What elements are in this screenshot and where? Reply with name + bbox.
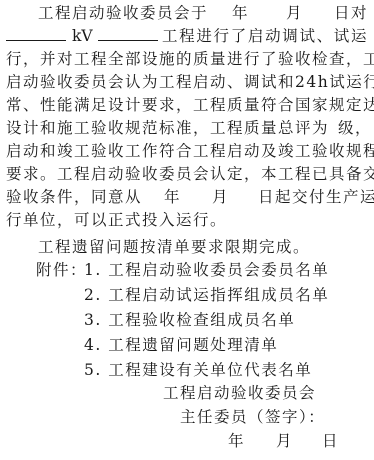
attachment-item: 3. 工程验收检查组成员名单 bbox=[84, 309, 368, 332]
date-year-label: 年 bbox=[232, 2, 249, 25]
text: 工程启动验收委员会于 bbox=[38, 4, 208, 22]
committee-name: 工程启动验收委员会 bbox=[163, 382, 368, 405]
attachment-item: 2. 工程启动试运指挥组成员名单 bbox=[84, 284, 368, 307]
attachment-item: 1. 工程启动验收委员会委员名单 bbox=[84, 259, 368, 282]
start-month-label: 月 bbox=[212, 186, 229, 209]
para1-line3: 行，并对工程全部设施的质量进行了验收检查，工程 bbox=[6, 48, 368, 71]
outstanding-issues-paragraph: 工程遗留问题按清单要求限期完成。 bbox=[38, 236, 368, 259]
start-day-text: 日起交付生产运 bbox=[258, 186, 374, 209]
sign-day-label: 日 bbox=[322, 430, 339, 453]
document-page: 工程启动验收委员会于 年 月 日对 kV 工程进行了启动调试、试运 行，并对工程… bbox=[0, 0, 374, 460]
sign-month-label: 月 bbox=[276, 430, 293, 453]
grade-label: 级， bbox=[338, 117, 372, 140]
para1-line4: 启动验收委员会认为工程启动、调试和24h试运行正 bbox=[6, 71, 368, 94]
para1-line1: 工程启动验收委员会于 bbox=[38, 2, 368, 25]
para1-line6: 设计和施工验收规范标准，工程质量总评为 bbox=[6, 117, 368, 140]
sign-year-label: 年 bbox=[228, 430, 245, 453]
voltage-blank bbox=[6, 25, 66, 41]
date-month-label: 月 bbox=[286, 2, 303, 25]
voltage-unit: kV bbox=[72, 25, 93, 48]
para1-line2: 工程进行了启动调试、试运 bbox=[162, 25, 368, 48]
chairman-signature-label: 主任委员（签字）： bbox=[180, 406, 368, 429]
para1-line8: 要求。工程启动验收委员会认定，本工程已具备交接 bbox=[6, 163, 368, 186]
para1-line5: 常、性能满足设计要求，工程质量符合国家规定达到 bbox=[6, 94, 368, 117]
start-year-label: 年 bbox=[164, 186, 181, 209]
project-name-blank bbox=[98, 25, 158, 41]
date-day-label: 日对 bbox=[334, 2, 368, 25]
attachment-item: 4. 工程遗留问题处理清单 bbox=[84, 334, 368, 357]
para1-line10: 行单位，可以正式投入运行。 bbox=[6, 209, 368, 232]
para1-line7: 启动和竣工验收工作符合工程启动及竣工验收规程的 bbox=[6, 140, 368, 163]
attachment-item: 5. 工程建设有关单位代表名单 bbox=[84, 359, 368, 382]
attachments-label: 附件： bbox=[36, 259, 87, 282]
